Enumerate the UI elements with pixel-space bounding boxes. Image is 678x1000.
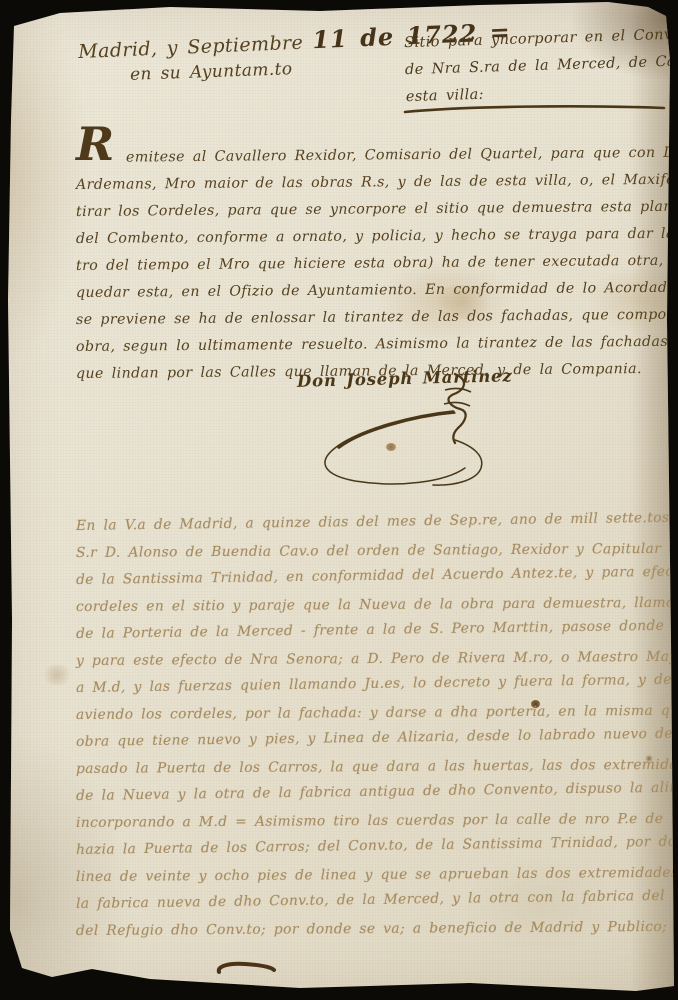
subject-annotation: Sitio para yncorporar en el Conv.to de N… [404,23,671,112]
council-note: en su Ayuntam.to [130,59,293,85]
secondary-paragraph: En la V.a de Madrid, a quinze dias del m… [76,512,672,944]
main-paragraph: R emitese al Cavallero Rexidor, Comisari… [76,146,668,389]
closing-dash-flourish-icon [215,960,277,978]
signature-rubric-flourish-icon [295,368,515,498]
scanned-manuscript-page: Madrid, y Septiembre 11 de 1722 = en su … [0,0,678,1000]
subject-underline-rule [404,103,666,115]
manuscript-line: En la V.a de Madrid, a quinze dias del m… [76,504,672,539]
dateline-place: Madrid, y Septiembre [78,32,304,63]
manuscript-line: del Refugio dho Conv.to; por donde se va… [76,913,672,944]
paper-stain [40,665,74,685]
paper-sheet: Madrid, y Septiembre 11 de 1722 = en su … [0,0,678,1000]
